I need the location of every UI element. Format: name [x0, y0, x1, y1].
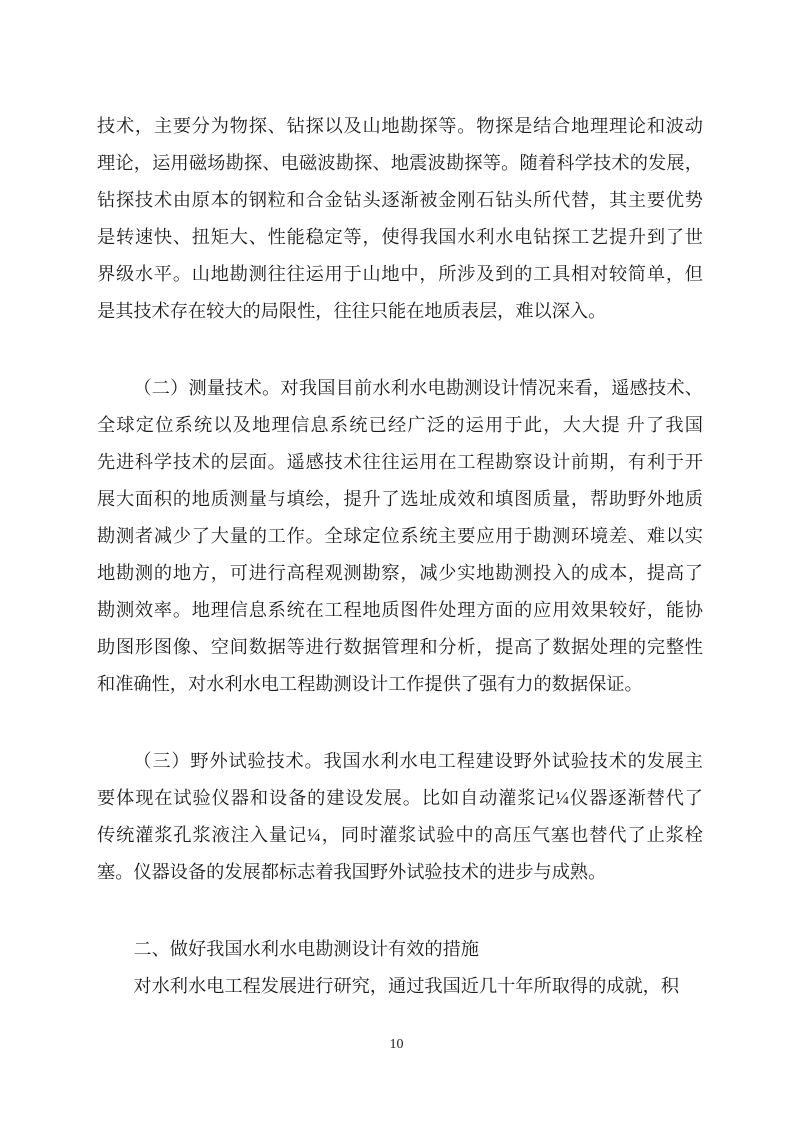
text-line: 界级水平。山地勘测往往运用于山地中，所涉及到的工具相对较简单，但 — [97, 256, 703, 293]
heading-section-two-measures: 二、做好我国水利水电勘测设计有效的措施 — [97, 931, 703, 968]
text-line: （三）野外试验技术。我国水利水电工程建设野外试验技术的发展主 — [97, 743, 703, 780]
text-line: 钻探技术由原本的钢粒和合金钻头逐渐被金刚石钻头所代替，其主要优势 — [97, 182, 703, 219]
page-number: 10 — [0, 1036, 793, 1054]
text-line: 展大面积的地质测量与填绘，提升了选址成效和填图质量，帮助野外地质 — [97, 481, 703, 518]
text-line: 二、做好我国水利水电勘测设计有效的措施 — [97, 931, 703, 968]
text-line: 是转速快、扭矩大、性能稳定等，使得我国水利水电钻探工艺提升到了世 — [97, 219, 703, 256]
text-line: 技术，主要分为物探、钻探以及山地勘探等。物探是结合地理理论和波动 — [97, 108, 703, 145]
text-line: 理论，运用磁场勘探、电磁波勘探、地震波勘探等。随着科学技术的发展， — [97, 145, 703, 182]
paragraph-measurement-technology: （二）测量技术。对我国目前水利水电勘测设计情况来看，遥感技术、全球定位系统以及地… — [97, 370, 703, 703]
text-line: 勘测效率。地理信息系统在工程地质图件处理方面的应用效果较好，能协 — [97, 592, 703, 629]
text-line: 勘测者减少了大量的工作。全球定位系统主要应用于勘测环境差、难以实 — [97, 518, 703, 555]
document-body: 技术，主要分为物探、钻探以及山地勘探等。物探是结合地理理论和波动理论，运用磁场勘… — [97, 108, 703, 1005]
text-line: 地勘测的地方，可进行高程观测勘察，减少实地勘测投入的成本，提高了 — [97, 555, 703, 592]
paragraph-research-intro: 对水利水电工程发展进行研究，通过我国近几十年所取得的成就，积 — [97, 968, 703, 1005]
paragraph-field-test-technology: （三）野外试验技术。我国水利水电工程建设野外试验技术的发展主要体现在试验仪器和设… — [97, 743, 703, 891]
text-line: 对水利水电工程发展进行研究，通过我国近几十年所取得的成就，积 — [97, 968, 703, 1005]
text-line: 塞。仪器设备的发展都标志着我国野外试验技术的进步与成熟。 — [97, 854, 703, 891]
text-line: （二）测量技术。对我国目前水利水电勘测设计情况来看，遥感技术、 — [97, 370, 703, 407]
paragraph-geology-survey-techniques: 技术，主要分为物探、钻探以及山地勘探等。物探是结合地理理论和波动理论，运用磁场勘… — [97, 108, 703, 330]
text-line: 要体现在试验仪器和设备的建设发展。比如自动灌浆记¼仪器逐渐替代了 — [97, 780, 703, 817]
text-line: 全球定位系统以及地理信息系统已经广泛的运用于此，大大提 升了我国 — [97, 407, 703, 444]
text-line: 先进科学技术的层面。遥感技术往往运用在工程勘察设计前期，有利于开 — [97, 444, 703, 481]
text-line: 传统灌浆孔浆液注入量记¼，同时灌浆试验中的高压气塞也替代了止浆栓 — [97, 817, 703, 854]
text-line: 和准确性，对水利水电工程勘测设计工作提供了强有力的数据保证。 — [97, 666, 703, 703]
text-line: 是其技术存在较大的局限性，往往只能在地质表层，难以深入。 — [97, 293, 703, 330]
document-page: 技术，主要分为物探、钻探以及山地勘探等。物探是结合地理理论和波动理论，运用磁场勘… — [0, 0, 793, 1122]
text-line: 助图形图像、空间数据等进行数据管理和分析，提高了数据处理的完整性 — [97, 629, 703, 666]
